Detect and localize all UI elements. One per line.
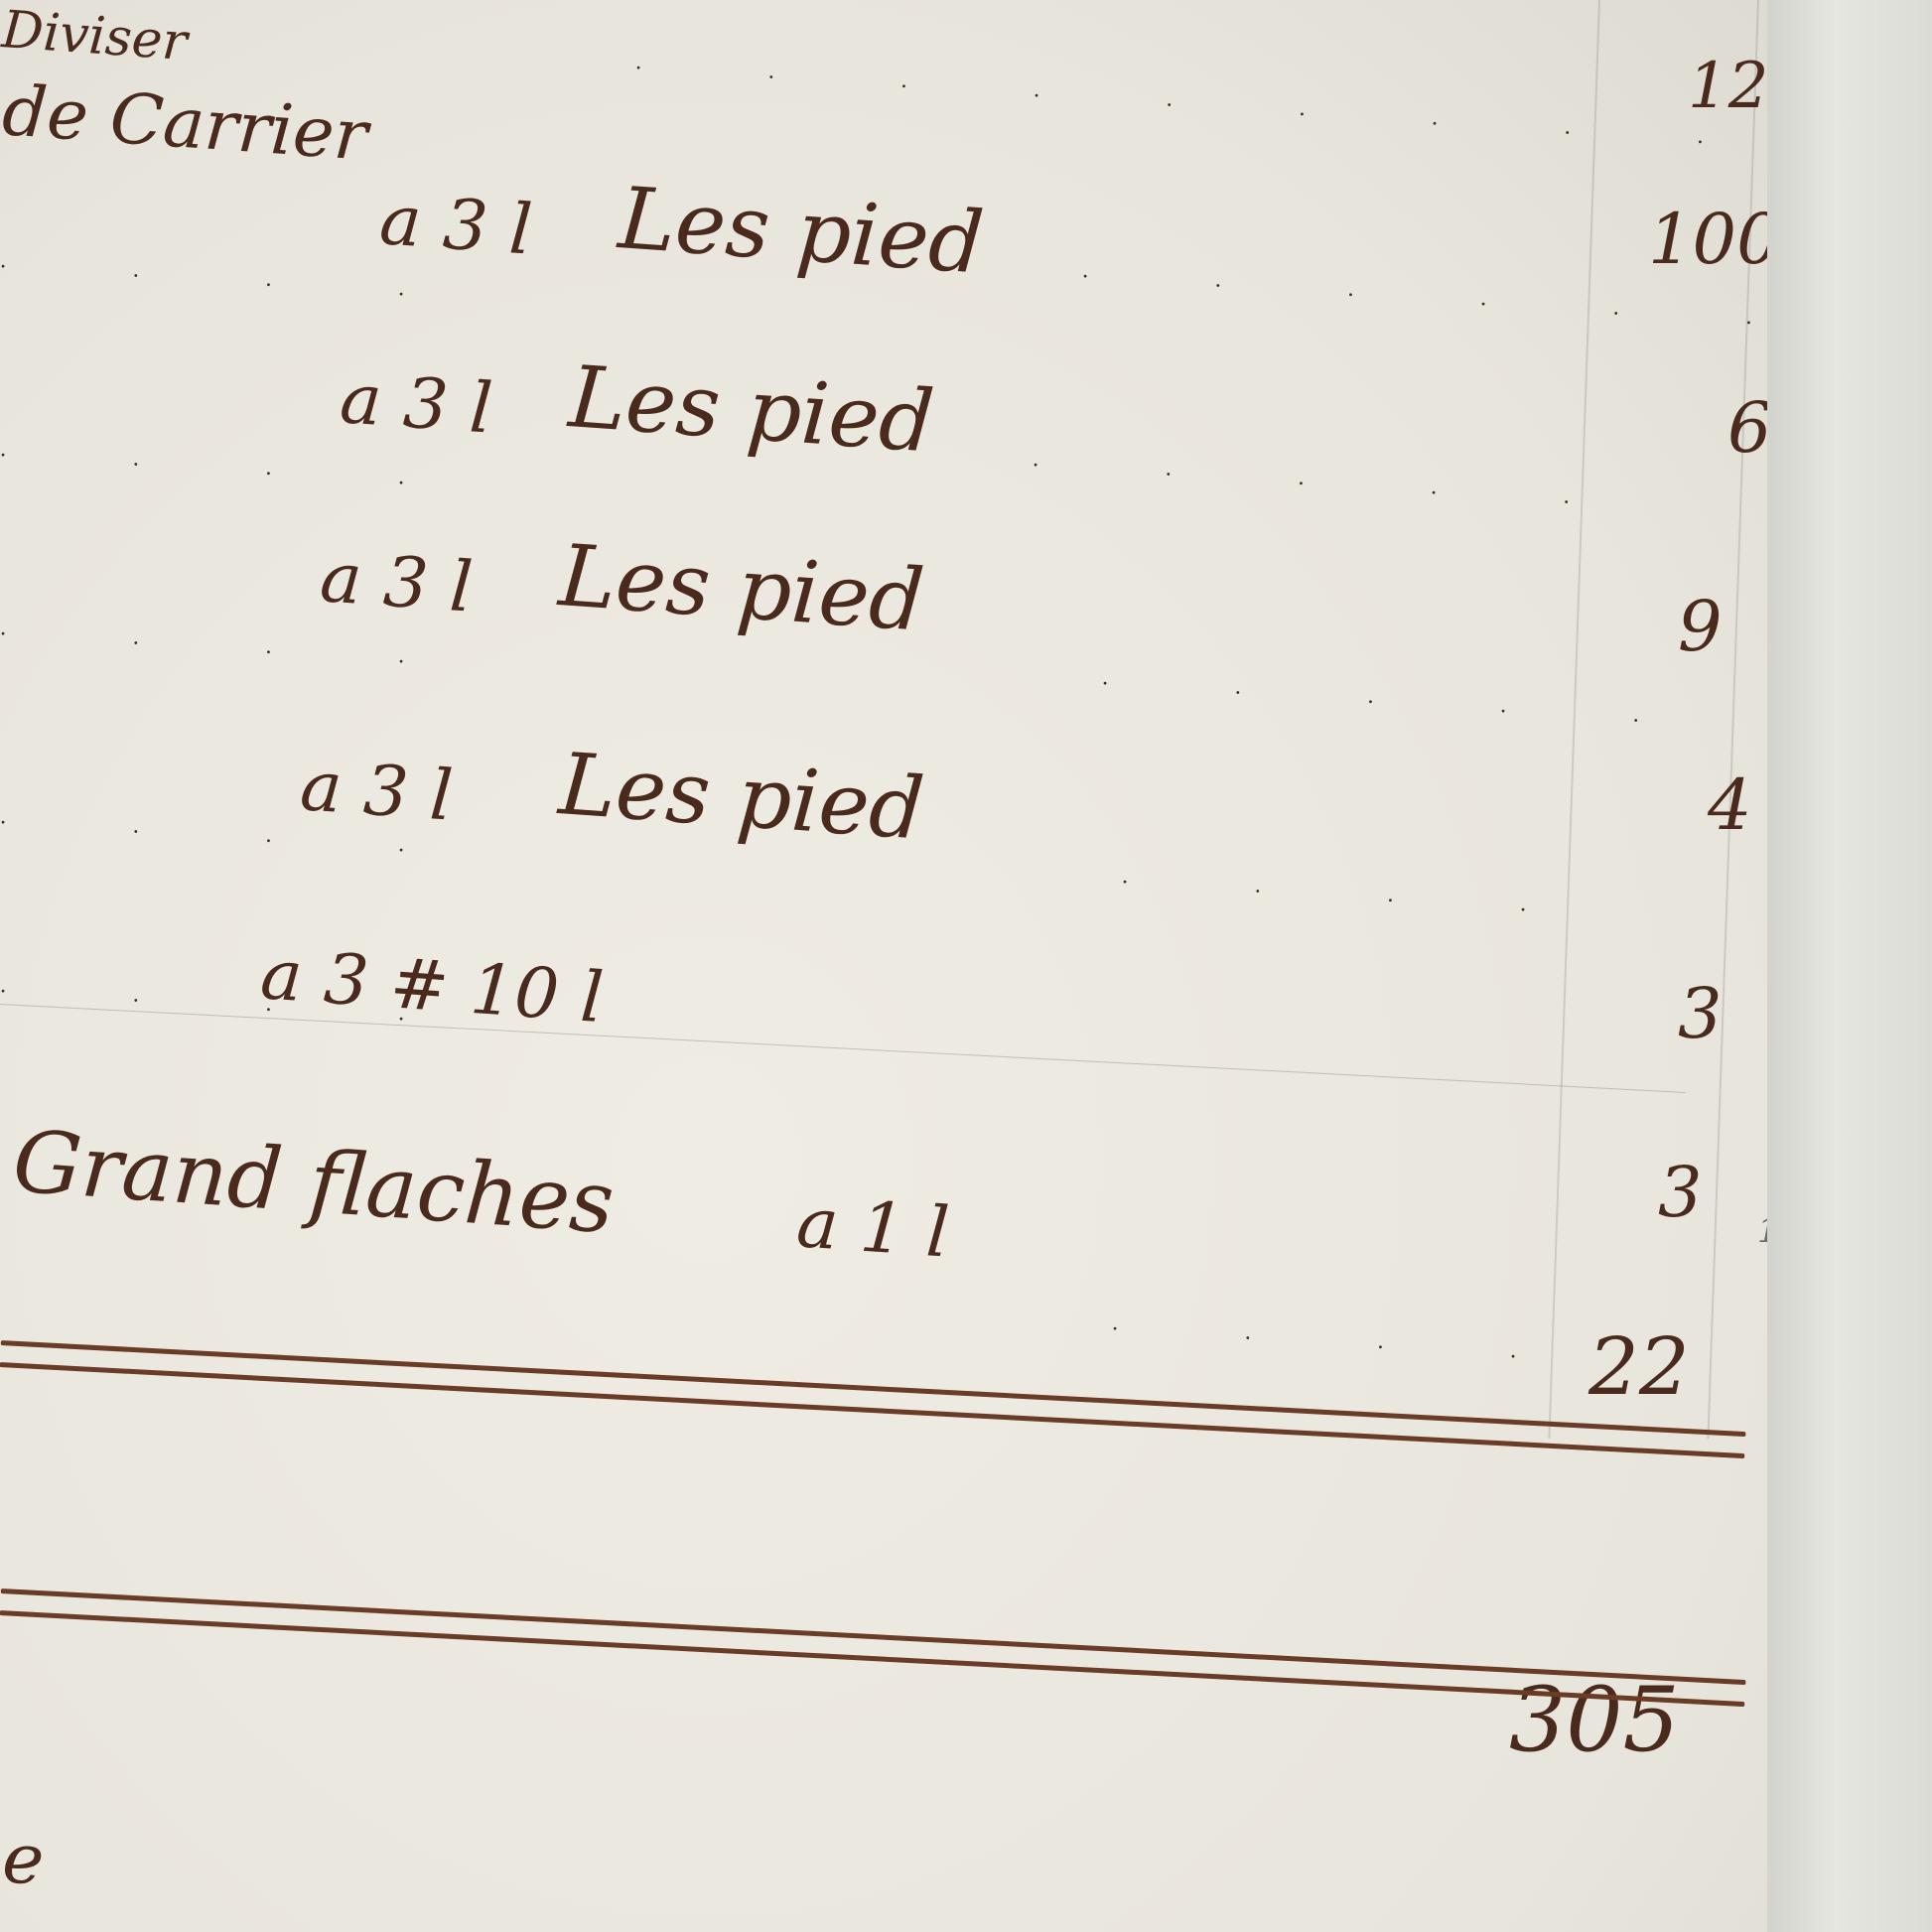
ledger-row: . . . . a 3 l Les pied . . . . . . xyxy=(0,179,1747,258)
ledger-row: Grand flaches a 1 l . . . . xyxy=(0,1112,1747,1191)
entry-description: Les pied xyxy=(556,735,927,859)
entry-rate: a 3 l xyxy=(318,536,476,627)
leader-dots: . . . . . xyxy=(1101,665,1700,732)
entry-description: Les pied xyxy=(556,526,927,650)
entry-amount: 4 xyxy=(1708,764,1752,846)
entry-amount: 22 xyxy=(1588,1320,1690,1413)
ledger-row: . . . . a 3 # 10 l xyxy=(0,933,1747,1013)
ledger-row: . . . . a 3 l Les pied . . . . . xyxy=(0,536,1747,616)
entry-amount: 12 xyxy=(1688,50,1768,123)
header-fragment-second: de Carrier xyxy=(0,69,370,176)
footer-fragment: e xyxy=(0,1817,47,1901)
ledger-page: Diviser de Carrier . . . . . . . . . . 1… xyxy=(0,0,1767,1932)
entry-description: Les pied xyxy=(566,347,937,472)
header-fragment-top: Diviser xyxy=(0,0,189,72)
entry-amount: 3 xyxy=(1658,1152,1703,1233)
entry-rate: a 3 l xyxy=(298,745,456,836)
entry-description: Grand flaches xyxy=(10,1112,618,1253)
entry-amount: 6 xyxy=(1727,387,1772,469)
total-double-rule-bottom xyxy=(0,1588,1746,1716)
leader-dots: . . . . xyxy=(0,437,466,494)
ledger-row: . . . . a 3 l Les pied . . . . . xyxy=(0,357,1747,437)
entry-rate: a 3 # 10 l xyxy=(258,933,606,1038)
entry-amount: 9 xyxy=(1678,586,1723,667)
entry-rate: a 1 l xyxy=(794,1181,952,1273)
entry-amount: 100 xyxy=(1648,199,1781,280)
ruled-guide-line xyxy=(0,1004,1686,1093)
entry-amount: 3 xyxy=(1678,973,1723,1054)
leader-dots: . . . . xyxy=(1111,1311,1578,1368)
entry-description: Les pied xyxy=(616,169,987,293)
ledger-row: . . . . a 3 l Les pied . . . . xyxy=(0,745,1747,824)
entry-rate: a 3 l xyxy=(377,179,535,270)
leader-dots: . . . . xyxy=(0,616,466,673)
entry-rate: a 3 l xyxy=(338,357,495,449)
leader-dots: . . . . . xyxy=(1032,447,1630,513)
book-gutter xyxy=(1767,0,1932,1932)
leader-dots: . . . . xyxy=(1121,864,1587,921)
